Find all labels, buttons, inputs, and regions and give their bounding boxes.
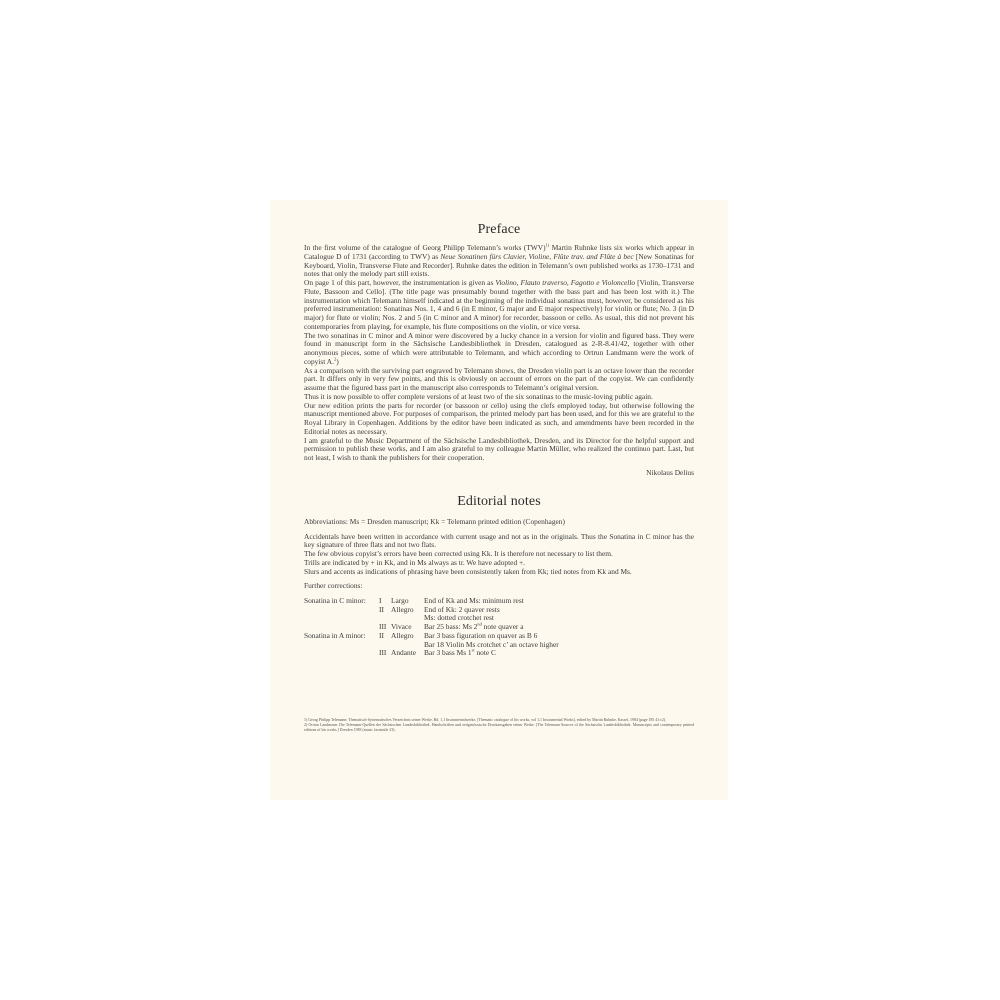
- correction-movement: Andante: [391, 649, 424, 658]
- editorial-note: Accidentals have been written in accorda…: [304, 533, 694, 551]
- preface-paragraph: On page 1 of this part, however, the ins…: [304, 279, 694, 332]
- abbreviations-text: Abbreviations: Ms = Dresden manuscript; …: [304, 518, 694, 527]
- preface-paragraph: Our new edition prints the parts for rec…: [304, 402, 694, 437]
- correction-movement: Allegro: [391, 632, 424, 641]
- page-content: Preface In the first volume of the catal…: [304, 222, 694, 658]
- correction-sonatina: [304, 614, 379, 623]
- correction-row: IIIAndanteBar 3 bass Ms 1st note C: [304, 649, 559, 658]
- editorial-notes-title: Editorial notes: [304, 494, 694, 510]
- footnote: 2) Ortrun Landmann: Die Telemann-Quellen…: [304, 723, 694, 732]
- further-corrections-label: Further corrections:: [304, 582, 694, 591]
- preface-title: Preface: [304, 222, 694, 238]
- correction-sonatina: Sonatina in C minor:: [304, 597, 379, 606]
- preface-paragraph: As a comparison with the surviving part …: [304, 367, 694, 393]
- correction-sonatina: [304, 606, 379, 615]
- footnotes: 1) Georg Philipp Telemann: Thematisch-Sy…: [304, 718, 694, 733]
- corrections-table: Sonatina in C minor:ILargoEnd of Kk and …: [304, 597, 559, 658]
- preface-body: In the first volume of the catalogue of …: [304, 244, 694, 463]
- correction-sonatina: [304, 649, 379, 658]
- correction-movement: Allegro: [391, 606, 424, 615]
- correction-num: II: [379, 606, 391, 615]
- preface-paragraph: The two sonatinas in C minor and A minor…: [304, 332, 694, 367]
- correction-sonatina: Sonatina in A minor:: [304, 632, 379, 641]
- author-signature: Nikolaus Delius: [304, 468, 694, 477]
- footnote: 1) Georg Philipp Telemann: Thematisch-Sy…: [304, 718, 694, 723]
- correction-sonatina: [304, 641, 379, 650]
- preface-paragraph: In the first volume of the catalogue of …: [304, 244, 694, 279]
- correction-num: II: [379, 632, 391, 641]
- editorial-note: Slurs and accents as indications of phra…: [304, 568, 694, 577]
- editorial-notes-body: Accidentals have been written in accorda…: [304, 533, 694, 577]
- correction-num: III: [379, 649, 391, 658]
- correction-note: Bar 3 bass Ms 1st note C: [424, 649, 559, 658]
- document-page: Preface In the first volume of the catal…: [270, 200, 728, 800]
- preface-paragraph: I am grateful to the Music Department of…: [304, 437, 694, 463]
